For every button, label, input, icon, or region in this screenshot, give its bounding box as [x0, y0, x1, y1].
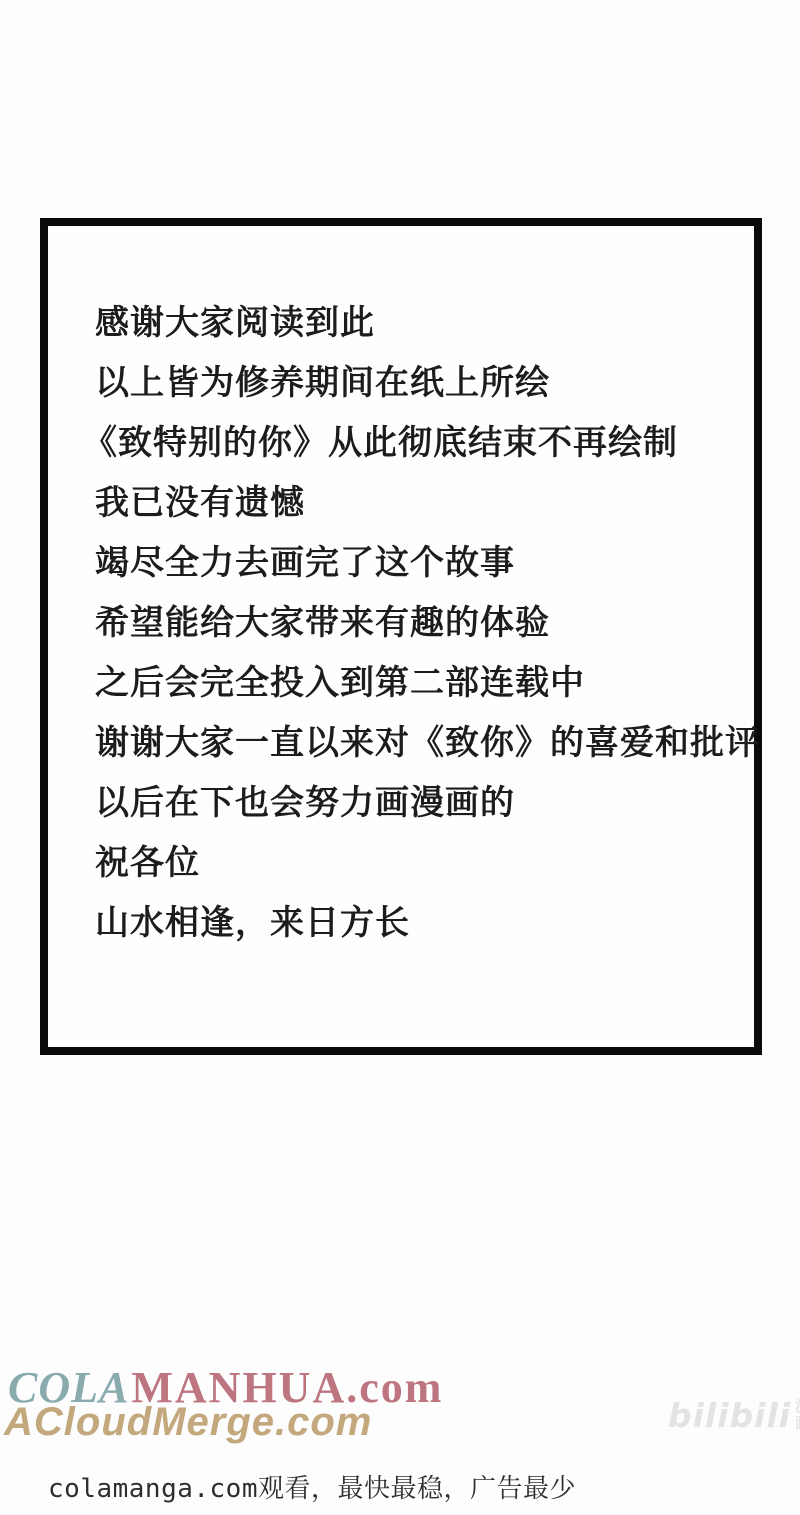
bilibili-manga-suffix: 漫画	[795, 1398, 800, 1433]
bilibili-wordmark: bilibili	[668, 1399, 791, 1432]
panel-text-line: 山水相逢，来日方长	[95, 893, 744, 953]
manga-page: 感谢大家阅读到此 以上皆为修养期间在纸上所绘 《致特别的你》从此彻底结束不再绘制…	[0, 0, 800, 1515]
bilibili-manga-logo: bilibili 漫画	[668, 1398, 800, 1433]
panel-text-line: 感谢大家阅读到此	[95, 293, 744, 353]
panel-text-line: 以后在下也会努力画漫画的	[95, 773, 744, 833]
panel-text-line: 祝各位	[95, 833, 744, 893]
panel-text-line: 以上皆为修养期间在纸上所绘	[95, 353, 744, 413]
panel-text-line: 《致特别的你》从此彻底结束不再绘制	[95, 413, 744, 473]
panel-text-line: 我已没有遗憾	[95, 473, 744, 533]
panel-text-line: 竭尽全力去画完了这个故事	[95, 533, 744, 593]
panel-text-line: 希望能给大家带来有趣的体验	[95, 593, 744, 653]
site-promo-text: colamanga.com观看，最快最稳，广告最少	[48, 1474, 576, 1505]
panel-text-line: 谢谢大家一直以来对《致你》的喜爱和批评	[95, 713, 744, 773]
panel-text-line: 之后会完全投入到第二部连载中	[95, 653, 744, 713]
watermark-acloudmerge: ACloudMerge.com	[4, 1402, 372, 1442]
afterword-panel: 感谢大家阅读到此 以上皆为修养期间在纸上所绘 《致特别的你》从此彻底结束不再绘制…	[40, 218, 762, 1055]
